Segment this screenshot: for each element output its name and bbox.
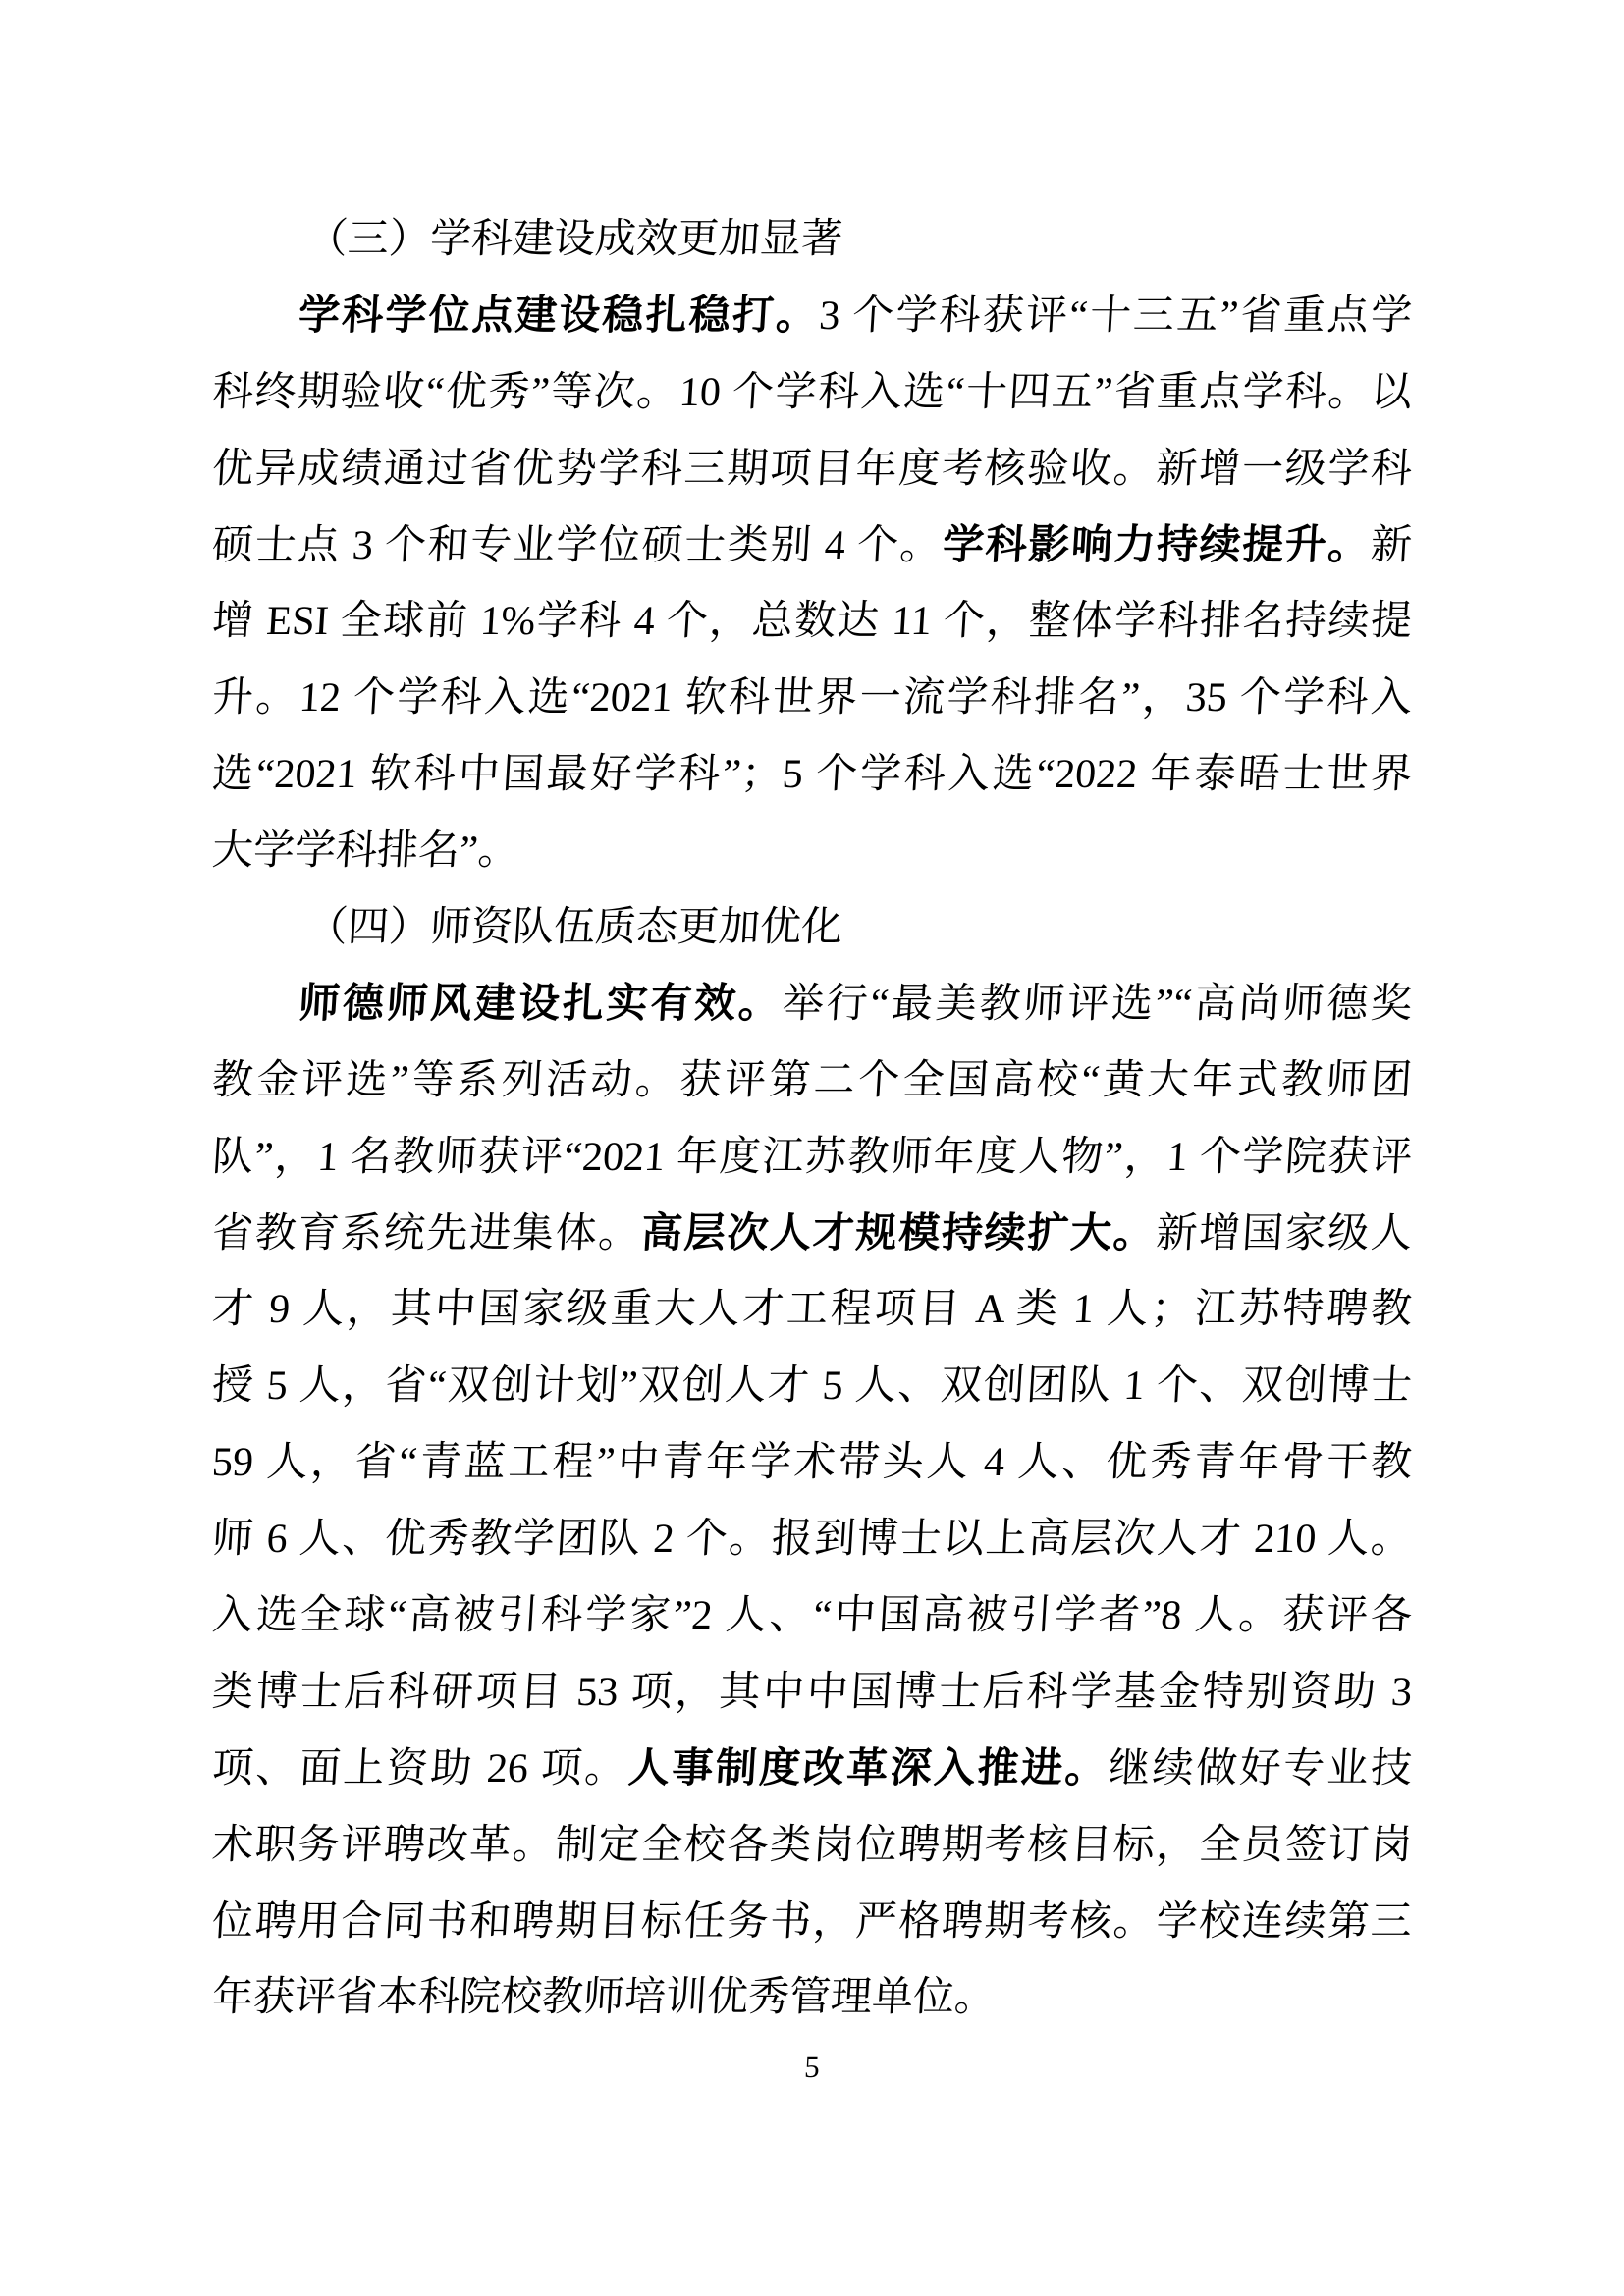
body-text: 师 6 人、优秀教学团队 2 个。报到博士以上高层次人才 210 人。 (211, 1517, 1414, 1562)
text-line: 硕士点 3 个和专业学位硕士类别 4 个。学科影响力持续提升。新 (210, 508, 1415, 585)
text-line: 科终期验收“优秀”等次。10 个学科入选“十四五”省重点学科。以 (210, 355, 1415, 432)
body-text: （四）师资队伍质态更加优化 (305, 905, 844, 950)
emphasis-text: 学科学位点建设稳扎稳打。 (298, 294, 821, 339)
body-text: 大学学科排名”。 (211, 828, 520, 874)
body-text: 位聘用合同书和聘期目标任务书，严格聘期考核。学校连续第三 (211, 1899, 1414, 1945)
body-text: 升。12 个学科入选“2021 软科世界一流学科排名”，35 个学科入 (211, 675, 1414, 721)
text-line: 选“2021 软科中国最好学科”；5 个学科入选“2022 年泰晤士世界 (210, 737, 1415, 814)
body-text: 选“2021 软科中国最好学科”；5 个学科入选“2022 年泰晤士世界 (211, 752, 1414, 797)
text-line: 升。12 个学科入选“2021 软科世界一流学科排名”，35 个学科入 (210, 661, 1415, 737)
body-text: 优异成绩通过省优势学科三期项目年度考核验收。新增一级学科 (211, 447, 1414, 492)
page-background: （三）学科建设成效更加显著学科学位点建设稳扎稳打。3 个学科获评“十三五”省重点… (0, 0, 1624, 2296)
text-line: 入选全球“高被引科学家”2 人、“中国高被引学者”8 人。获评各 (210, 1578, 1415, 1655)
body-text: 增 ESI 全球前 1%学科 4 个，总数达 11 个，整体学科排名持续提 (211, 599, 1414, 644)
body-text: 才 9 人，其中国家级重大人才工程项目 A 类 1 人；江苏特聘教 (211, 1287, 1414, 1332)
text-line: 增 ESI 全球前 1%学科 4 个，总数达 11 个，整体学科排名持续提 (210, 584, 1415, 661)
text-line: 大学学科排名”。 (210, 814, 1415, 890)
text-line: 授 5 人，省“双创计划”双创人才 5 人、双创团队 1 个、双创博士 (210, 1349, 1415, 1425)
text-line: 59 人，省“青蓝工程”中青年学术带头人 4 人、优秀青年骨干教 (210, 1425, 1415, 1502)
body-text: 项、面上资助 26 项。 (211, 1746, 630, 1791)
text-line: 队”，1 名教师获评“2021 年度江苏教师年度人物”，1 个学院获评 (210, 1120, 1415, 1197)
text-line: 术职务评聘改革。制定全校各类岗位聘期考核目标，全员签订岗 (210, 1808, 1415, 1885)
section-heading: （四）师资队伍质态更加优化 (210, 890, 1415, 967)
text-line: 类博士后科研项目 53 项，其中中国博士后科学基金特别资助 3 (210, 1655, 1415, 1732)
body-text: 术职务评聘改革。制定全校各类岗位聘期考核目标，全员签订岗 (211, 1823, 1414, 1868)
body-text: 科终期验收“优秀”等次。10 个学科入选“十四五”省重点学科。以 (211, 370, 1414, 415)
text-block: （三）学科建设成效更加显著学科学位点建设稳扎稳打。3 个学科获评“十三五”省重点… (212, 202, 1412, 2037)
body-text: 59 人，省“青蓝工程”中青年学术带头人 4 人、优秀青年骨干教 (211, 1440, 1414, 1485)
text-line: 位聘用合同书和聘期目标任务书，严格聘期考核。学校连续第三 (210, 1885, 1415, 1961)
body-text: 入选全球“高被引科学家”2 人、“中国高被引学者”8 人。获评各 (211, 1593, 1414, 1638)
text-line: 师德师风建设扎实有效。举行“最美教师评选”“高尚师德奖 (210, 967, 1415, 1043)
body-text: 队”，1 名教师获评“2021 年度江苏教师年度人物”，1 个学院获评 (211, 1135, 1414, 1180)
text-line: 优异成绩通过省优势学科三期项目年度考核验收。新增一级学科 (210, 432, 1415, 508)
text-line: 项、面上资助 26 项。人事制度改革深入推进。继续做好专业技 (210, 1732, 1415, 1808)
text-line: 才 9 人，其中国家级重大人才工程项目 A 类 1 人；江苏特聘教 (210, 1272, 1415, 1349)
body-text: 省教育系统先进集体。 (211, 1211, 643, 1256)
body-text: 继续做好专业技 (1108, 1746, 1414, 1791)
text-line: 教金评选”等系列活动。获评第二个全国高校“黄大年式教师团 (210, 1043, 1415, 1120)
body-text: 举行“最美教师评选”“高尚师德奖 (781, 982, 1413, 1027)
body-text: 新 (1370, 523, 1414, 568)
emphasis-text: 人事制度改革深入推进。 (626, 1746, 1110, 1791)
text-line: 师 6 人、优秀教学团队 2 个。报到博士以上高层次人才 210 人。 (210, 1502, 1415, 1578)
body-text: 硕士点 3 个和专业学位硕士类别 4 个。 (211, 523, 945, 568)
body-text: （三）学科建设成效更加显著 (305, 217, 844, 262)
page-number: 5 (0, 2048, 1624, 2087)
emphasis-text: 师德师风建设扎实有效。 (298, 982, 785, 1027)
text-line: 年获评省本科院校教师培训优秀管理单位。 (210, 1960, 1415, 2037)
body-text: 教金评选”等系列活动。获评第二个全国高校“黄大年式教师团 (211, 1058, 1414, 1103)
emphasis-text: 高层次人才规模持续扩大。 (640, 1211, 1158, 1256)
body-text: 年获评省本科院校教师培训优秀管理单位。 (211, 1975, 998, 2020)
section-heading: （三）学科建设成效更加显著 (210, 202, 1415, 279)
body-text: 新增国家级人 (1155, 1211, 1413, 1256)
emphasis-text: 学科影响力持续提升。 (942, 523, 1373, 568)
text-line: 学科学位点建设稳扎稳打。3 个学科获评“十三五”省重点学 (210, 279, 1415, 355)
body-text: 类博士后科研项目 53 项，其中中国博士后科学基金特别资助 3 (211, 1670, 1414, 1715)
body-text: 3 个学科获评“十三五”省重点学 (818, 294, 1413, 339)
body-text: 授 5 人，省“双创计划”双创人才 5 人、双创团队 1 个、双创博士 (211, 1363, 1414, 1409)
document-page: { "page_number": "5", "content": { "line… (0, 0, 1624, 2296)
text-line: 省教育系统先进集体。高层次人才规模持续扩大。新增国家级人 (210, 1197, 1415, 1273)
